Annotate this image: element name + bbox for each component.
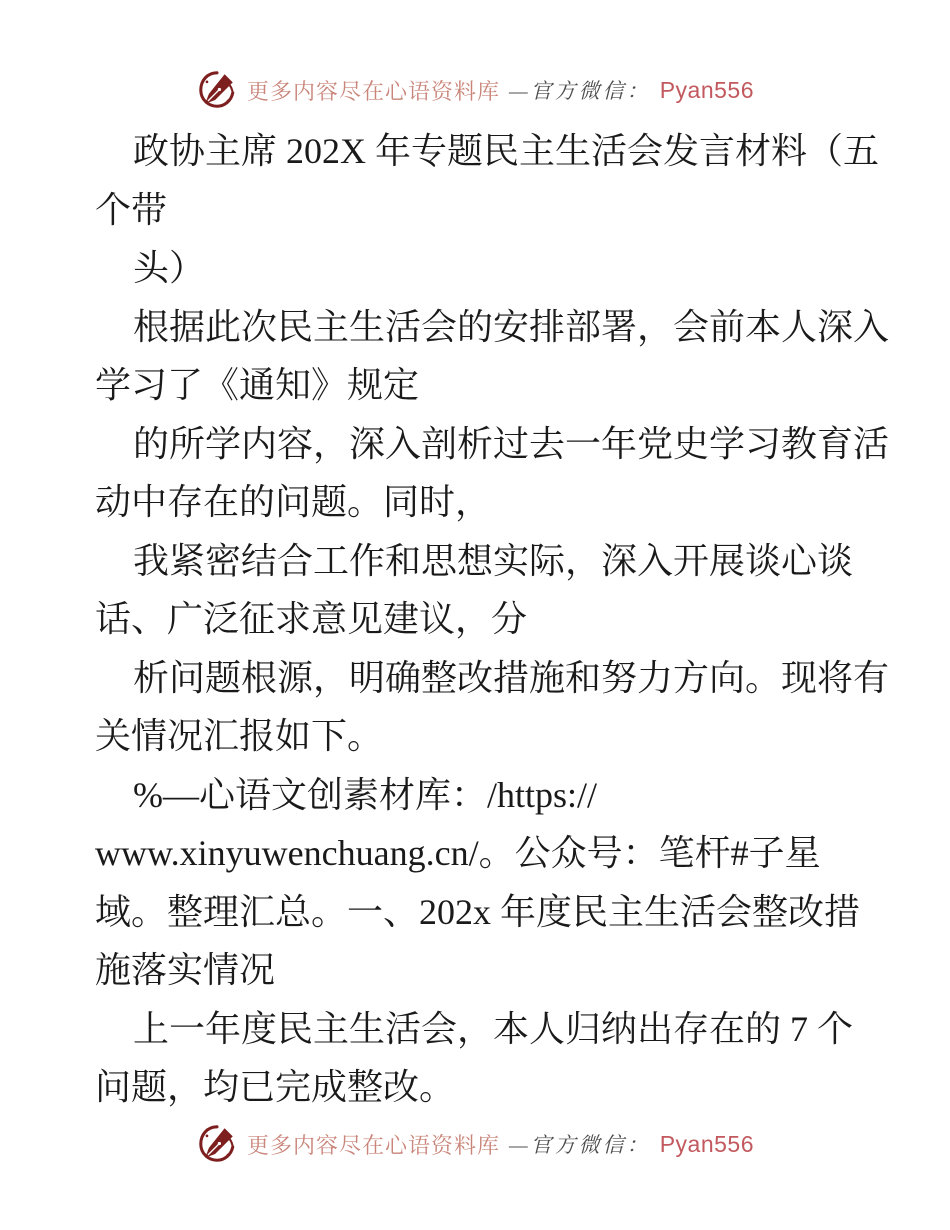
text-line: 我紧密结合工作和思想实际，深入开展谈心谈 [95, 532, 890, 591]
text-line: 上一年度民主生活会，本人归纳出存在的 7 个 [95, 1000, 890, 1059]
text-line: 根据此次民主生活会的安排部署，会前本人深入 [95, 298, 890, 357]
pen-nib-circle-icon [196, 68, 238, 112]
header-wechat-label: —官方微信： [509, 75, 651, 105]
title-line: 头） [95, 239, 890, 298]
text-line: %—心语文创素材库：/https:// [95, 766, 890, 825]
footer-wechat-account: Pyan556 [660, 1131, 754, 1158]
header-watermark: 更多内容尽在心语资料库—官方微信：Pyan556 [0, 66, 950, 114]
title-line: 个带 [95, 181, 890, 240]
title-line: 政协主席 202X 年专题民主生活会发言材料（五 [95, 122, 890, 181]
text-line: 学习了《通知》规定 [95, 356, 890, 415]
text-line: 的所学内容，深入剖析过去一年党史学习教育活 [95, 415, 890, 474]
text-line: 话、广泛征求意见建议，分 [95, 590, 890, 649]
document-body: 政协主席 202X 年专题民主生活会发言材料（五 个带 头） 根据此次民主生活会… [95, 122, 890, 1117]
footer-watermark: 更多内容尽在心语资料库—官方微信：Pyan556 [0, 1120, 950, 1168]
text-line: 析问题根源，明确整改措施和努力方向。现将有 [95, 649, 890, 708]
text-line: 问题，均已完成整改。 [95, 1058, 890, 1117]
header-wechat-account: Pyan556 [660, 77, 754, 104]
footer-brand-text: 更多内容尽在心语资料库 [247, 1129, 500, 1160]
text-line: 关情况汇报如下。 [95, 707, 890, 766]
header-brand-text: 更多内容尽在心语资料库 [247, 75, 500, 106]
pen-nib-circle-icon [196, 1122, 238, 1166]
text-line: 施落实情况 [95, 941, 890, 1000]
footer-wechat-label: —官方微信： [509, 1129, 651, 1159]
document-page: 更多内容尽在心语资料库—官方微信：Pyan556 政协主席 202X 年专题民主… [0, 0, 950, 1230]
text-line: www.xinyuwenchuang.cn/。公众号：笔杆#子星 [95, 824, 890, 883]
text-line: 动中存在的问题。同时， [95, 473, 890, 532]
text-line: 域。整理汇总。一、202x 年度民主生活会整改措 [95, 883, 890, 942]
